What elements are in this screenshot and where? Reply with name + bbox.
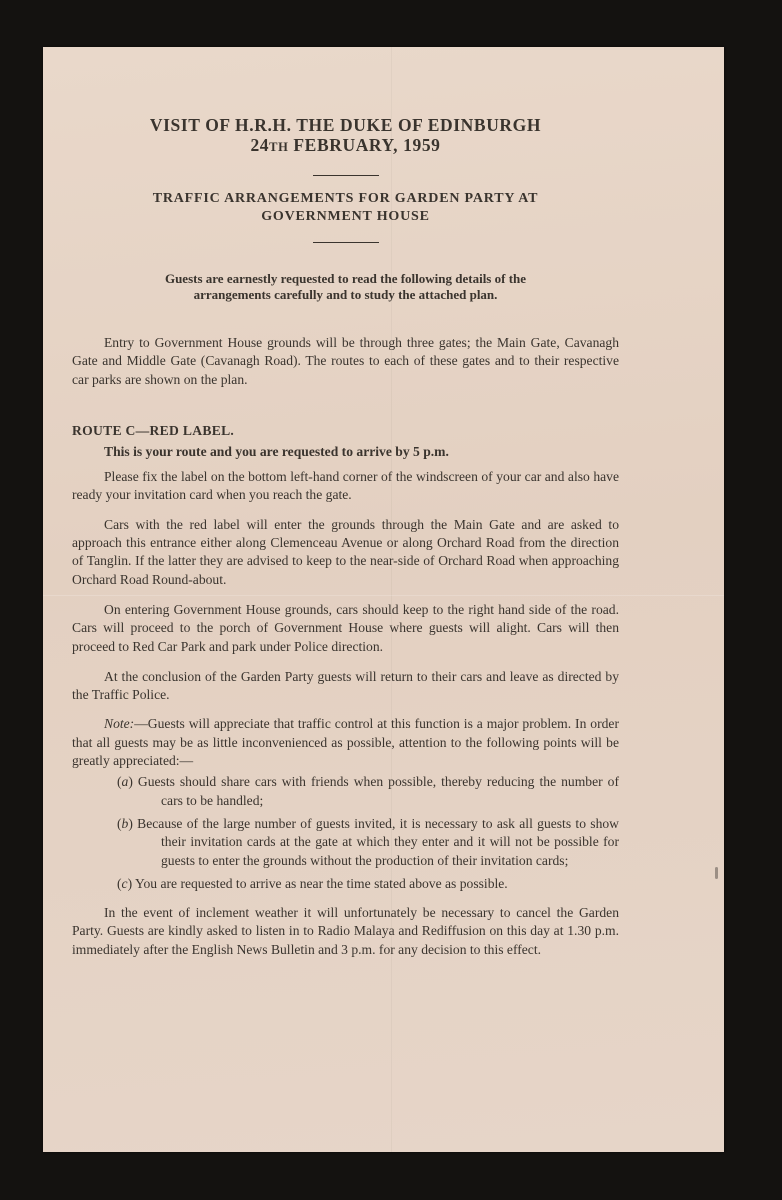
paper-mark <box>715 867 718 879</box>
lead-notice: Guests are earnestly requested to read t… <box>72 271 619 303</box>
document-heading: TRAFFIC ARRANGEMENTS FOR GARDEN PARTY AT… <box>72 190 619 226</box>
point-b: (b) Because of the large number of guest… <box>72 815 619 870</box>
entry-paragraph: Cars with the red label will enter the g… <box>72 516 619 589</box>
point-a: (a) Guests should share cars with friend… <box>72 773 619 810</box>
route-arrival-notice: This is your route and you are requested… <box>72 443 619 461</box>
document-content: VISIT OF H.R.H. THE DUKE OF EDINBURGH 24… <box>72 67 619 959</box>
document-title: VISIT OF H.R.H. THE DUKE OF EDINBURGH 24… <box>72 115 619 157</box>
title-line-1: VISIT OF H.R.H. THE DUKE OF EDINBURGH <box>150 115 541 135</box>
label-paragraph: Please fix the label on the bottom left-… <box>72 468 619 505</box>
note-paragraph: Note:—Guests will appreciate that traffi… <box>72 715 619 770</box>
point-c: (c) You are requested to arrive as near … <box>72 875 619 893</box>
title-line-2: 24TH FEBRUARY, 1959 <box>250 135 440 155</box>
route-heading: ROUTE C—RED LABEL. <box>72 423 619 439</box>
weather-paragraph: In the event of inclement weather it wil… <box>72 904 619 959</box>
conclusion-paragraph: At the conclusion of the Garden Party gu… <box>72 668 619 705</box>
grounds-paragraph: On entering Government House grounds, ca… <box>72 601 619 656</box>
intro-paragraph: Entry to Government House grounds will b… <box>72 334 619 389</box>
